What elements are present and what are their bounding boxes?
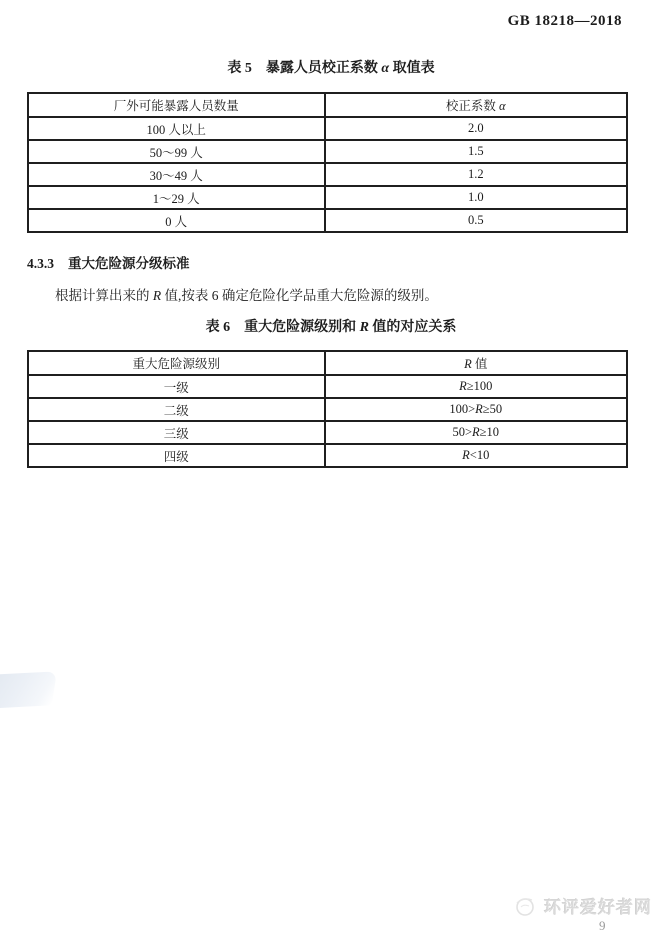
site-watermark: 环评爱好者网 [513, 893, 652, 918]
table5-caption: 表 5 暴露人员校正系数 α 取值表 [0, 60, 662, 78]
paragraph-text: 根据计算出来的 [55, 288, 153, 303]
table5-col2-label: 校正系数 [446, 99, 499, 113]
standard-number: GB 18218—2018 [508, 13, 622, 30]
rvalue-text: ≥10 [480, 425, 499, 439]
table6-caption-suffix: 值的对应关系 [369, 320, 457, 335]
table-row: 1～29 人 1.0 [28, 186, 627, 209]
section-title: 重大危险源分级标准 [68, 256, 190, 271]
page-number: 9 [599, 918, 606, 934]
r-symbol: R [462, 448, 470, 462]
section-number: 4.3.3 [27, 256, 54, 271]
table6-row0-value: R≥100 [325, 375, 628, 398]
rvalue-text: 100> [449, 402, 475, 416]
table-row: 四级 R<10 [28, 444, 627, 467]
table6-row1-value: 100>R≥50 [325, 398, 628, 421]
table-row: 0 人 0.5 [28, 209, 627, 232]
alpha-symbol: α [499, 99, 506, 113]
table6-header-row: 重大危险源级别 R 值 [28, 351, 627, 375]
body-paragraph: 根据计算出来的 R 值,按表 6 确定危险化学品重大危险源的级别。 [55, 287, 438, 304]
table-row: 30～49 人 1.2 [28, 163, 627, 186]
table5-col-header-factor: 校正系数 α [325, 93, 628, 117]
table-row: 100 人以上 2.0 [28, 117, 627, 140]
table-row: 二级 100>R≥50 [28, 398, 627, 421]
table6-row2-value: 50>R≥10 [325, 421, 628, 444]
table5-col-header-population: 厂外可能暴露人员数量 [28, 93, 325, 117]
table5-row2-label: 30～49 人 [28, 163, 325, 186]
r-symbol: R [360, 320, 369, 335]
section-heading: 4.3.3重大危险源分级标准 [27, 255, 190, 272]
table6-hazard-level-r-value: 重大危险源级别 R 值 一级 R≥100 二级 100>R≥50 三级 50>R… [27, 350, 628, 468]
table6-caption-text: 表 6 重大危险源级别和 [206, 320, 360, 335]
scan-artifact-smudge [0, 671, 57, 708]
alpha-symbol: α [381, 61, 389, 76]
table5-row1-value: 1.5 [325, 140, 628, 163]
table5-caption-suffix: 取值表 [389, 61, 435, 76]
table5-caption-text: 表 5 暴露人员校正系数 [227, 61, 381, 76]
r-symbol: R [153, 288, 161, 303]
table-row: 一级 R≥100 [28, 375, 627, 398]
rvalue-text: 50> [452, 425, 472, 439]
rvalue-text: ≥100 [467, 379, 493, 393]
table5-row3-value: 1.0 [325, 186, 628, 209]
table6-row0-label: 一级 [28, 375, 325, 398]
table5-row1-label: 50～99 人 [28, 140, 325, 163]
rvalue-text: <10 [470, 448, 490, 462]
rvalue-text: ≥50 [483, 402, 502, 416]
document-page: GB 18218—2018 表 5 暴露人员校正系数 α 取值表 厂外可能暴露人… [0, 0, 662, 945]
r-symbol: R [459, 379, 467, 393]
table6-row1-label: 二级 [28, 398, 325, 421]
table6-row3-label: 四级 [28, 444, 325, 467]
r-symbol: R [472, 425, 480, 439]
table5-row3-label: 1～29 人 [28, 186, 325, 209]
table5-exposure-correction-factor: 厂外可能暴露人员数量 校正系数 α 100 人以上 2.0 50～99 人 1.… [27, 92, 628, 233]
paragraph-text: 值,按表 6 确定危险化学品重大危险源的级别。 [161, 288, 438, 303]
table6-col-header-level: 重大危险源级别 [28, 351, 325, 375]
r-symbol: R [464, 357, 472, 371]
table6-col2-label: 值 [472, 357, 488, 371]
table5-row2-value: 1.2 [325, 163, 628, 186]
table-row: 三级 50>R≥10 [28, 421, 627, 444]
table5-row4-label: 0 人 [28, 209, 325, 232]
watermark-text: 环评爱好者网 [544, 893, 652, 918]
watermark-logo-icon [513, 894, 537, 918]
table5-row0-value: 2.0 [325, 117, 628, 140]
table6-row2-label: 三级 [28, 421, 325, 444]
table6-row3-value: R<10 [325, 444, 628, 467]
table5-header-row: 厂外可能暴露人员数量 校正系数 α [28, 93, 627, 117]
table6-caption: 表 6 重大危险源级别和 R 值的对应关系 [0, 319, 662, 337]
r-symbol: R [475, 402, 483, 416]
table6-col-header-rvalue: R 值 [325, 351, 628, 375]
table5-row0-label: 100 人以上 [28, 117, 325, 140]
table-row: 50～99 人 1.5 [28, 140, 627, 163]
table5-row4-value: 0.5 [325, 209, 628, 232]
